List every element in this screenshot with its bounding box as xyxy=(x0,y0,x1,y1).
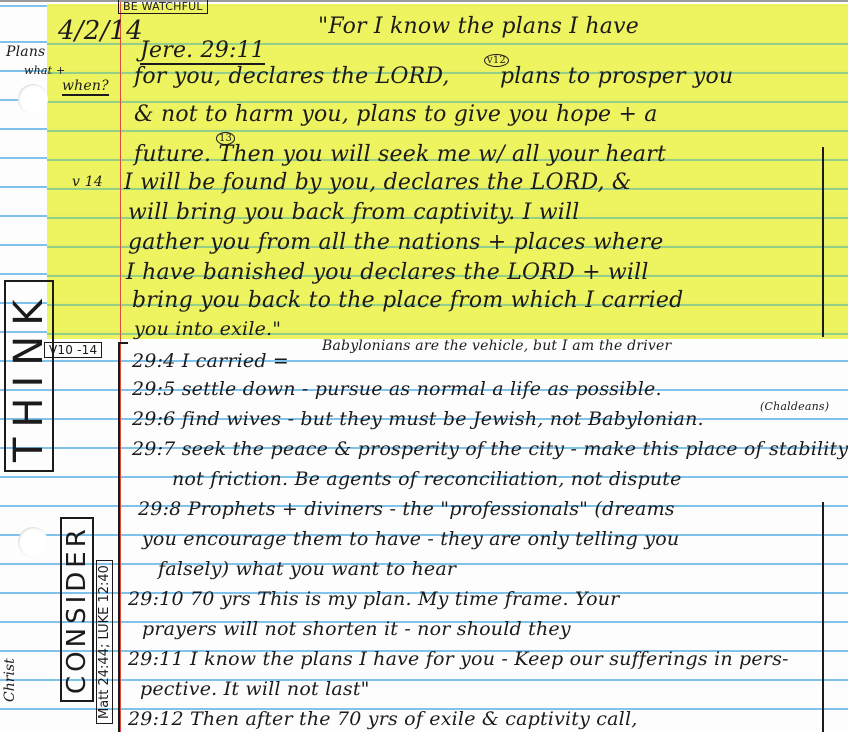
left-bracket-notes xyxy=(118,342,128,732)
note-row: 29:5 settle down - pursue as normal a li… xyxy=(132,378,662,400)
note-text: Then after the 70 yrs of exile & captivi… xyxy=(190,708,637,730)
passage-line: & not to harm you, plans to give you hop… xyxy=(134,102,658,127)
passage-line: for you, declares the LORD, xyxy=(134,64,450,89)
verse-marker-14: v 14 xyxy=(72,174,103,190)
passage-line: future. Then you will seek me w/ all you… xyxy=(134,142,666,167)
think-label: THINK xyxy=(4,280,54,472)
note-text: I know the plans I have for you - Keep o… xyxy=(190,648,789,670)
margin-note-line-2: what + xyxy=(24,64,65,77)
note-text: Prophets + diviners - the "professionals… xyxy=(188,498,675,520)
passage-line: plans to prosper you xyxy=(500,64,733,89)
note-row: you encourage them to have - they are on… xyxy=(142,528,679,550)
passage-line: you into exile." xyxy=(134,318,281,340)
note-text: pective. It will not last" xyxy=(140,678,370,700)
passage-line: I have banished you declares the LORD + … xyxy=(126,260,649,285)
note-ref: 29:5 xyxy=(132,378,175,400)
note-row: not friction. Be agents of reconciliatio… xyxy=(172,468,682,490)
margin-note-line-3: when? xyxy=(62,78,109,96)
consider-label: CONSIDER xyxy=(60,517,94,702)
note-aside: (Chaldeans) xyxy=(760,400,829,413)
note-row: 29:11 I know the plans I have for you - … xyxy=(128,648,789,670)
note-text: seek the peace & prosperity of the city … xyxy=(182,438,848,460)
entry-date: 4/2/14 xyxy=(58,16,143,46)
note-row: pective. It will not last" xyxy=(140,678,370,700)
note-row: 29:7 seek the peace & prosperity of the … xyxy=(132,438,848,460)
scripture-reference: Jere. 29:11 xyxy=(140,38,265,65)
cross-reference: Matt 24:44; LUKE 12:40 xyxy=(96,560,113,724)
note-ref: 29:11 xyxy=(128,648,184,670)
christ-note: Christ xyxy=(2,658,18,702)
note-ref: 29:8 xyxy=(138,498,181,520)
note-row: falsely) what you want to hear xyxy=(158,558,456,580)
note-ref: 29:12 xyxy=(128,708,184,730)
passage-line: "For I know the plans I have xyxy=(318,14,639,39)
passage-line: gather you from all the nations + places… xyxy=(128,230,663,255)
note-text: settle down - pursue as normal a life as… xyxy=(182,378,662,400)
notebook-page: 4/2/14 BE WATCHFUL Plans what + when? Je… xyxy=(0,0,848,732)
verse-range: V10 -14 xyxy=(44,342,102,358)
note-ref: 29:6 xyxy=(132,408,175,430)
note-row: 29:6 find wives - but they must be Jewis… xyxy=(132,408,704,430)
note-text: 70 yrs This is my plan. My time frame. Y… xyxy=(190,588,619,610)
note-ref: 29:7 xyxy=(132,438,175,460)
note-row: prayers will not shorten it - nor should… xyxy=(142,618,571,640)
passage-line: will bring you back from captivity. I wi… xyxy=(128,200,579,225)
note-ref: 29:4 xyxy=(132,350,175,372)
note-row: 29:10 70 yrs This is my plan. My time fr… xyxy=(128,588,619,610)
note-row: 29:8 Prophets + diviners - the "professi… xyxy=(138,498,675,520)
note-row: 29:4 I carried = xyxy=(132,350,289,372)
right-bracket-notes xyxy=(822,502,824,732)
note-text: falsely) what you want to hear xyxy=(158,558,456,580)
note-row: 29:12 Then after the 70 yrs of exile & c… xyxy=(128,708,637,730)
note-text: find wives - but they must be Jewish, no… xyxy=(182,408,704,430)
passage-line: bring you back to the place from which I… xyxy=(132,288,683,313)
passage-line: I will be found by you, declares the LOR… xyxy=(124,170,632,195)
punch-hole xyxy=(18,527,48,557)
right-bracket-passage xyxy=(822,147,824,337)
note-ref: 29:10 xyxy=(128,588,184,610)
note-aside: Babylonians are the vehicle, but I am th… xyxy=(322,338,671,354)
punch-hole xyxy=(18,84,48,114)
note-text: not friction. Be agents of reconciliatio… xyxy=(172,468,682,490)
note-text: prayers will not shorten it - nor should… xyxy=(142,618,571,640)
margin-note-line-1: Plans xyxy=(6,44,45,60)
be-watchful-tag: BE WATCHFUL xyxy=(118,0,208,14)
note-text: I carried = xyxy=(182,350,289,372)
note-text: you encourage them to have - they are on… xyxy=(142,528,679,550)
